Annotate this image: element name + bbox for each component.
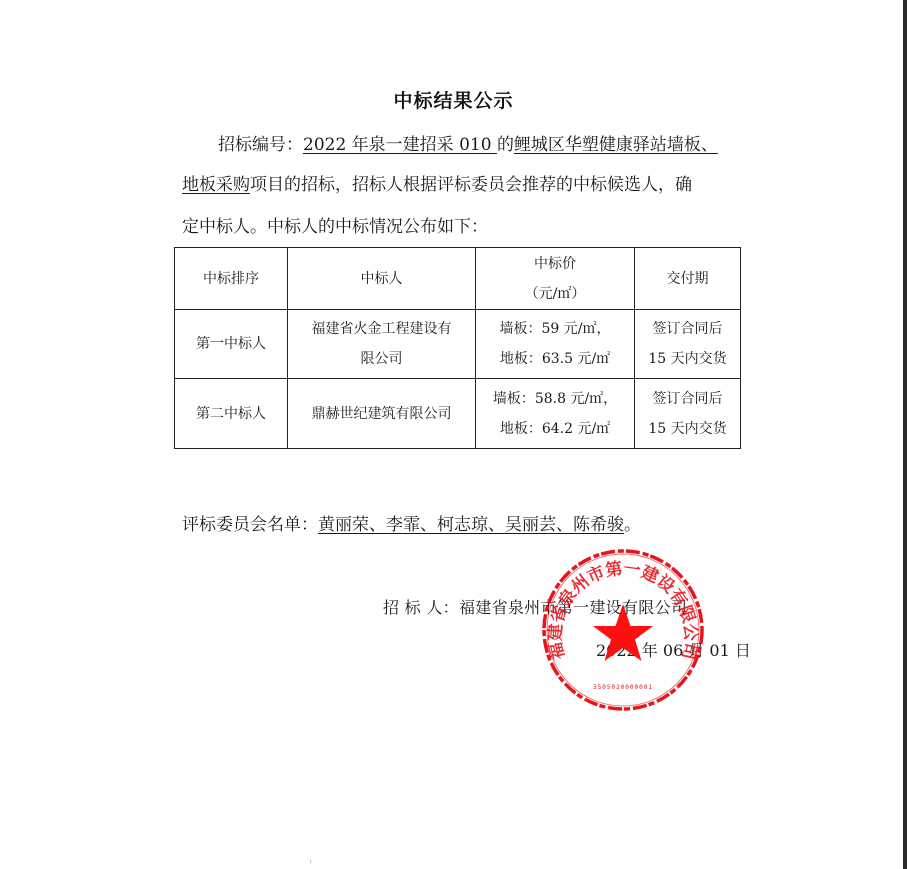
delivery-line-1: 签订合同后 [641,314,734,344]
committee-end: 。 [624,515,641,535]
committee-label: 评标委员会名单： [182,515,318,535]
row-price: 墙板：58.8 元/㎡，地板：64.2 元/㎡ [476,379,635,449]
header-delivery: 交付期 [635,248,741,310]
table-header-row: 中标排序 中标人 中标价（元/㎡） 交付期 [175,248,741,310]
project-name-part1: 鲤城区华塑健康驿站墙板、 [514,135,718,155]
page-right-border [903,0,907,869]
tender-number-label: 招标编号： [218,135,303,155]
row-rank: 第一中标人 [175,310,288,379]
row-winner: 鼎赫世纪建筑有限公司 [288,379,476,449]
company-seal-stamp-icon: 福建省泉州市第一建设有限公司 3505020000001 [540,547,706,713]
intro-connector: 的 [497,135,514,155]
header-winner: 中标人 [288,248,476,310]
row-delivery: 签订合同后15 天内交货 [635,310,741,379]
project-name-part2: 地板采购 [182,175,250,195]
header-price-unit: （元/㎡） [482,279,628,309]
intro-line-2-text: 项目的招标，招标人根据评标委员会推荐的中标候选人，确 [250,175,692,195]
intro-line-3: 定中标人。中标人的中标情况公布如下： [182,216,742,238]
committee-members: 黄丽荣、李霏、柯志琼、吴丽芸、陈希骏 [318,515,624,535]
price-floor: 地板：63.5 元/㎡ [482,344,628,374]
header-rank: 中标排序 [175,248,288,310]
tender-number: 2022 年泉一建招采 010 [303,135,497,155]
bidder-label: 招 标 人： [383,598,459,617]
row-rank: 第二中标人 [175,379,288,449]
winner-line-2: 限公司 [294,344,469,374]
row-delivery: 签订合同后15 天内交货 [635,379,741,449]
table-row: 第二中标人 鼎赫世纪建筑有限公司 墙板：58.8 元/㎡，地板：64.2 元/㎡… [175,379,741,449]
signature-date: 2022 年 06 月 01 日 [596,638,751,661]
price-floor: 地板：64.2 元/㎡ [482,414,628,444]
row-winner: 福建省火金工程建设有限公司 [288,310,476,379]
intro-line-2: 地板采购项目的招标，招标人根据评标委员会推荐的中标候选人，确 [182,174,742,196]
row-price: 墙板：59 元/㎡，地板：63.5 元/㎡ [476,310,635,379]
header-price: 中标价（元/㎡） [476,248,635,310]
committee-list: 评标委员会名单：黄丽荣、李霏、柯志琼、吴丽芸、陈希骏。 [182,510,641,535]
results-table: 中标排序 中标人 中标价（元/㎡） 交付期 第一中标人 福建省火金工程建设有限公… [174,247,741,449]
header-price-label: 中标价 [482,249,628,279]
price-wall: 墙板：58.8 元/㎡， [482,384,628,414]
bidder-signature: 招 标 人：福建省泉州市第一建设有限公司 [383,595,687,618]
scan-mark [310,860,311,863]
winner-line-1: 福建省火金工程建设有 [294,314,469,344]
intro-line-1: 招标编号：2022 年泉一建招采 010 的鲤城区华塑健康驿站墙板、 [218,134,778,156]
delivery-line-1: 签订合同后 [641,384,734,414]
svg-text:3505020000001: 3505020000001 [593,684,653,691]
price-wall: 墙板：59 元/㎡， [482,314,628,344]
table-row: 第一中标人 福建省火金工程建设有限公司 墙板：59 元/㎡，地板：63.5 元/… [175,310,741,379]
bidder-name: 福建省泉州市第一建设有限公司 [459,598,687,617]
document-title: 中标结果公示 [0,86,907,113]
delivery-line-2: 15 天内交货 [641,344,734,374]
delivery-line-2: 15 天内交货 [641,414,734,444]
